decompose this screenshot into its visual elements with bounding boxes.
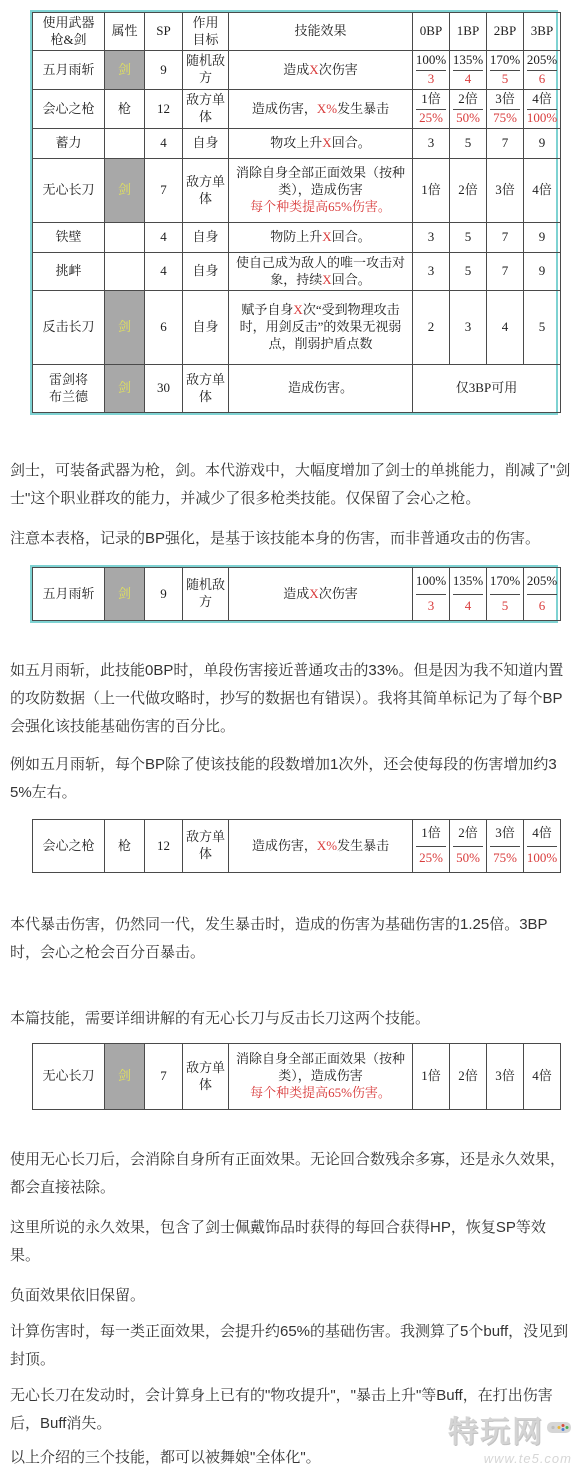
- skill-table-kaishin: 会心之枪 枪 12 敌方单体 造成伤害，X%发生暴击 1倍25% 2倍50% 3…: [32, 819, 561, 873]
- skill-table-samidare-wrapper: 五月雨斩 剑 9 随机敌方 造成X次伤害 100%3 135%4 170%5 2…: [30, 565, 558, 623]
- target-cell: 随机敌方: [183, 51, 229, 90]
- bp-cell: 3: [413, 129, 450, 159]
- skill-table-mushin-wrapper: 无心长刀 剑 7 敌方单体 消除自身全部正面效果（按种类），造成伤害每个种类提高…: [30, 1041, 558, 1112]
- effect-cell: 造成X次伤害: [229, 51, 413, 90]
- bp-cell: 135%4: [450, 568, 487, 621]
- bp-top-value: 135%: [453, 569, 483, 594]
- effect-text: 使自己成为敌人的唯一攻击对象，持续: [236, 255, 405, 287]
- bp-cell: 4倍100%: [524, 90, 561, 129]
- bp-cell: 5: [450, 223, 487, 253]
- skill-name-cell: 会心之枪: [33, 820, 105, 873]
- table-row-samidare: 五月雨斩 剑 9 随机敌方 造成X次伤害 100%3 135%4 170%5 2…: [33, 568, 561, 621]
- sp-cell: 9: [145, 51, 183, 90]
- sp-cell: 4: [145, 253, 183, 291]
- bp-top-value: 4倍: [527, 91, 557, 109]
- bp-cell: 9: [524, 253, 561, 291]
- bp-bottom-value: 50%: [453, 109, 483, 128]
- effect-variable: X: [309, 586, 318, 601]
- watermark-site-name: 特玩网: [448, 1407, 544, 1451]
- bp-cell: 1倍25%: [413, 820, 450, 873]
- bp-cell: 3: [450, 291, 487, 365]
- bp-cell: 2倍: [450, 159, 487, 223]
- skill-name-cell: 无心长刀: [33, 159, 105, 223]
- watermark-url: www.te5.com: [448, 1451, 572, 1466]
- table-header-row: 使用武器 枪&剑 属性 SP 作用 目标 技能效果 0BP 1BP 2BP 3B…: [33, 13, 561, 51]
- target-cell: 敌方单体: [183, 820, 229, 873]
- bp-cell: 1倍25%: [413, 90, 450, 129]
- table-row-chikara: 蓄力 4 自身 物攻上升X回合。 3 5 7 9: [33, 129, 561, 159]
- target-cell: 自身: [183, 223, 229, 253]
- effect-cell: 造成伤害。: [229, 365, 413, 413]
- paragraph-mushin-2: 这里所说的永久效果，包含了剑士佩戴饰品时获得的每回合获得HP，恢复SP等效果。: [10, 1214, 572, 1270]
- skill-name-cell: 挑衅: [33, 253, 105, 291]
- effect-variable: X: [322, 135, 331, 150]
- attr-cell: [105, 223, 145, 253]
- watermark: 特玩网 www.te5.com: [448, 1407, 572, 1466]
- bp-cell: 3倍: [487, 159, 524, 223]
- bp-cell: 2: [413, 291, 450, 365]
- bp-cell: 9: [524, 223, 561, 253]
- header-target: 作用 目标: [183, 13, 229, 51]
- bp-cell: 5: [450, 253, 487, 291]
- effect-cell: 消除自身全部正面效果（按种类），造成伤害每个种类提高65%伤害。: [229, 1044, 413, 1110]
- effect-red-note: 每个种类提高65%伤害。: [232, 199, 409, 216]
- attr-cell: 剑: [105, 1044, 145, 1110]
- bp-bottom-value: 6: [527, 70, 557, 89]
- table-row-samidare: 五月雨斩 剑 9 随机敌方 造成X次伤害 100%3 135%4 170%5 2…: [33, 51, 561, 90]
- bp-cell: 2倍50%: [450, 820, 487, 873]
- paragraph-mushin-4: 计算伤害时，每一类正面效果，会提升约65%的基础伤害。我测算了5个buff，没见…: [10, 1318, 572, 1374]
- target-cell: 敌方单体: [183, 159, 229, 223]
- header-bp3: 3BP: [524, 13, 561, 51]
- header-effect: 技能效果: [229, 13, 413, 51]
- attr-cell: 剑: [105, 365, 145, 413]
- bp-cell: 135%4: [450, 51, 487, 90]
- bp-bottom-value: 100%: [527, 109, 557, 128]
- bp-cell: 2倍50%: [450, 90, 487, 129]
- sp-cell: 12: [145, 90, 183, 129]
- target-cell: 自身: [183, 129, 229, 159]
- effect-red-note: 每个种类提高65%伤害。: [232, 1085, 409, 1102]
- bp-top-value: 205%: [527, 569, 557, 594]
- effect-text: 发生暴击: [337, 838, 389, 853]
- table-row-chouhan: 挑衅 4 自身 使自己成为敌人的唯一攻击对象，持续X回合。 3 5 7 9: [33, 253, 561, 291]
- effect-cell: 物防上升X回合。: [229, 223, 413, 253]
- bp-cell: 3: [413, 253, 450, 291]
- sp-cell: 30: [145, 365, 183, 413]
- table-row-hangeki: 反击长刀 剑 6 自身 赋予自身X次“受到物理攻击时，用剑反击”的效果无视弱点，…: [33, 291, 561, 365]
- effect-variable: X: [309, 62, 318, 77]
- effect-cell: 造成X次伤害: [229, 568, 413, 621]
- attr-cell: 剑: [105, 51, 145, 90]
- bp-bottom-value: 3: [416, 594, 446, 620]
- effect-variable: X: [293, 302, 302, 317]
- bp-cell: 100%3: [413, 568, 450, 621]
- bp-top-value: 2倍: [453, 821, 483, 846]
- skill-name-cell: 五月雨斩: [33, 51, 105, 90]
- effect-text: 物防上升: [270, 229, 322, 244]
- bp-cell: 100%3: [413, 51, 450, 90]
- bp-cell: 3倍75%: [487, 90, 524, 129]
- paragraph-samidare-detail: 如五月雨斩，此技能0BP时，单段伤害接近普通攻击的33%。但是因为我不知道内置的…: [10, 657, 572, 741]
- bp-merged-cell: 仅3BP可用: [413, 365, 561, 413]
- attr-cell: 剑: [105, 159, 145, 223]
- bp-cell: 7: [487, 129, 524, 159]
- effect-cell: 造成伤害，X%发生暴击: [229, 90, 413, 129]
- bp-bottom-value: 25%: [416, 109, 446, 128]
- skill-table-samidare: 五月雨斩 剑 9 随机敌方 造成X次伤害 100%3 135%4 170%5 2…: [32, 567, 561, 621]
- sp-cell: 4: [145, 223, 183, 253]
- header-weapon: 使用武器 枪&剑: [33, 13, 105, 51]
- target-cell: 自身: [183, 291, 229, 365]
- effect-cell: 造成伤害，X%发生暴击: [229, 820, 413, 873]
- bp-top-value: 1倍: [416, 821, 446, 846]
- bp-top-value: 1倍: [416, 91, 446, 109]
- bp-top-value: 100%: [416, 52, 446, 70]
- sp-cell: 9: [145, 568, 183, 621]
- target-cell: 敌方单体: [183, 90, 229, 129]
- target-cell: 敌方单体: [183, 365, 229, 413]
- effect-cell: 使自己成为敌人的唯一攻击对象，持续X回合。: [229, 253, 413, 291]
- effect-text: 物攻上升: [270, 135, 322, 150]
- bp-bottom-value: 4: [453, 70, 483, 89]
- effect-text: 造成伤害，: [252, 101, 317, 116]
- skill-table-main: 使用武器 枪&剑 属性 SP 作用 目标 技能效果 0BP 1BP 2BP 3B…: [32, 12, 561, 413]
- effect-text: 赋予自身: [241, 302, 293, 317]
- header-attr: 属性: [105, 13, 145, 51]
- table-row-teppeki: 铁壁 4 自身 物防上升X回合。 3 5 7 9: [33, 223, 561, 253]
- bp-cell: 9: [524, 129, 561, 159]
- skill-table-main-wrapper: 使用武器 枪&剑 属性 SP 作用 目标 技能效果 0BP 1BP 2BP 3B…: [30, 10, 558, 415]
- article-page: 使用武器 枪&剑 属性 SP 作用 目标 技能效果 0BP 1BP 2BP 3B…: [0, 0, 580, 1472]
- skill-name-cell: 反击长刀: [33, 291, 105, 365]
- table-row-mushin: 无心长刀 剑 7 敌方单体 消除自身全部正面效果（按种类），造成伤害每个种类提高…: [33, 1044, 561, 1110]
- effect-text: 回合。: [332, 272, 371, 287]
- attr-cell: 剑: [105, 568, 145, 621]
- paragraph-focus: 本篇技能，需要详细讲解的有无心长刀与反击长刀这两个技能。: [10, 1005, 572, 1033]
- paragraph-note: 注意本表格，记录的BP强化，是基于该技能本身的伤害，而非普通攻击的伤害。: [10, 525, 572, 553]
- skill-table-kaishin-wrapper: 会心之枪 枪 12 敌方单体 造成伤害，X%发生暴击 1倍25% 2倍50% 3…: [30, 817, 558, 875]
- bp-top-value: 170%: [490, 52, 520, 70]
- effect-text: 造成伤害。: [288, 380, 353, 395]
- bp-bottom-value: 25%: [416, 846, 446, 872]
- paragraph-crit: 本代暴击伤害，仍然同一代，发生暴击时，造成的伤害为基础伤害的1.25倍。3BP时…: [10, 911, 572, 967]
- bp-bottom-value: 5: [490, 70, 520, 89]
- effect-text: 造成: [283, 586, 309, 601]
- attr-cell: 枪: [105, 820, 145, 873]
- table-row-brand: 雷剑将 布兰德 剑 30 敌方单体 造成伤害。 仅3BP可用: [33, 365, 561, 413]
- bp-bottom-value: 3: [416, 70, 446, 89]
- bp-top-value: 135%: [453, 52, 483, 70]
- sp-cell: 7: [145, 159, 183, 223]
- bp-top-value: 4倍: [527, 821, 557, 846]
- effect-variable: X: [322, 229, 331, 244]
- table-row-kaishin: 会心之枪 枪 12 敌方单体 造成伤害，X%发生暴击 1倍25% 2倍50% 3…: [33, 90, 561, 129]
- effect-cell: 消除自身全部正面效果（按种类），造成伤害每个种类提高65%伤害。: [229, 159, 413, 223]
- skill-name-cell: 蓄力: [33, 129, 105, 159]
- effect-variable: X: [322, 272, 331, 287]
- paragraph-intro: 剑士，可装备武器为枪，剑。本代游戏中，大幅度增加了剑士的单挑能力，削减了"剑士"…: [10, 457, 572, 513]
- bp-cell: 205%6: [524, 51, 561, 90]
- table-row-kaishin: 会心之枪 枪 12 敌方单体 造成伤害，X%发生暴击 1倍25% 2倍50% 3…: [33, 820, 561, 873]
- bp-cell: 1倍: [413, 159, 450, 223]
- effect-text: 造成伤害，: [252, 838, 317, 853]
- bp-top-value: 100%: [416, 569, 446, 594]
- paragraph-samidare-example: 例如五月雨斩，每个BP除了使该技能的段数增加1次外，还会使每段的伤害增加约35%…: [10, 751, 572, 807]
- effect-variable: X%: [317, 101, 337, 116]
- header-bp1: 1BP: [450, 13, 487, 51]
- bp-bottom-value: 75%: [490, 846, 520, 872]
- bp-top-value: 205%: [527, 52, 557, 70]
- paragraph-mushin-3: 负面效果依旧保留。: [10, 1282, 572, 1310]
- bp-bottom-value: 100%: [527, 846, 557, 872]
- effect-text: 次伤害: [319, 586, 358, 601]
- bp-top-value: 3倍: [490, 91, 520, 109]
- skill-table-mushin: 无心长刀 剑 7 敌方单体 消除自身全部正面效果（按种类），造成伤害每个种类提高…: [32, 1043, 561, 1110]
- effect-text: 消除自身全部正面效果（按种类），造成伤害: [232, 1051, 409, 1085]
- bp-cell: 3倍: [487, 1044, 524, 1110]
- target-cell: 敌方单体: [183, 1044, 229, 1110]
- game-controller-icon: [546, 1418, 572, 1441]
- bp-bottom-value: 50%: [453, 846, 483, 872]
- bp-cell: 4: [487, 291, 524, 365]
- bp-bottom-value: 75%: [490, 109, 520, 128]
- effect-text: 回合。: [332, 135, 371, 150]
- attr-cell: 剑: [105, 291, 145, 365]
- bp-cell: 2倍: [450, 1044, 487, 1110]
- bp-cell: 5: [450, 129, 487, 159]
- bp-cell: 1倍: [413, 1044, 450, 1110]
- attr-cell: [105, 129, 145, 159]
- effect-text: 发生暴击: [337, 101, 389, 116]
- sp-cell: 6: [145, 291, 183, 365]
- attr-cell: [105, 253, 145, 291]
- bp-top-value: 170%: [490, 569, 520, 594]
- bp-cell: 4倍: [524, 1044, 561, 1110]
- effect-text: 回合。: [332, 229, 371, 244]
- bp-cell: 3: [413, 223, 450, 253]
- target-cell: 自身: [183, 253, 229, 291]
- effect-cell: 物攻上升X回合。: [229, 129, 413, 159]
- table-row-mushin: 无心长刀 剑 7 敌方单体 消除自身全部正面效果（按种类），造成伤害每个种类提高…: [33, 159, 561, 223]
- header-sp: SP: [145, 13, 183, 51]
- effect-text: 造成: [283, 62, 309, 77]
- skill-name-cell: 会心之枪: [33, 90, 105, 129]
- bp-cell: 7: [487, 253, 524, 291]
- bp-cell: 3倍75%: [487, 820, 524, 873]
- sp-cell: 7: [145, 1044, 183, 1110]
- target-cell: 随机敌方: [183, 568, 229, 621]
- header-bp0: 0BP: [413, 13, 450, 51]
- effect-text: 次伤害: [319, 62, 358, 77]
- sp-cell: 12: [145, 820, 183, 873]
- paragraph-mushin-1: 使用无心长刀后，会消除自身所有正面效果。无论回合数残余多寡，还是永久效果，都会直…: [10, 1146, 572, 1202]
- bp-top-value: 2倍: [453, 91, 483, 109]
- bp-cell: 4倍100%: [524, 820, 561, 873]
- bp-bottom-value: 4: [453, 594, 483, 620]
- bp-cell: 7: [487, 223, 524, 253]
- bp-cell: 205%6: [524, 568, 561, 621]
- bp-top-value: 3倍: [490, 821, 520, 846]
- bp-bottom-value: 5: [490, 594, 520, 620]
- skill-name-cell: 五月雨斩: [33, 568, 105, 621]
- bp-cell: 170%5: [487, 51, 524, 90]
- skill-name-cell: 无心长刀: [33, 1044, 105, 1110]
- skill-name-cell: 铁壁: [33, 223, 105, 253]
- attr-cell: 枪: [105, 90, 145, 129]
- effect-text: 消除自身全部正面效果（按种类），造成伤害: [232, 165, 409, 199]
- bp-cell: 4倍: [524, 159, 561, 223]
- skill-name-cell: 雷剑将 布兰德: [33, 365, 105, 413]
- effect-cell: 赋予自身X次“受到物理攻击时，用剑反击”的效果无视弱点，削弱护盾点数: [229, 291, 413, 365]
- sp-cell: 4: [145, 129, 183, 159]
- bp-cell: 5: [524, 291, 561, 365]
- bp-bottom-value: 6: [527, 594, 557, 620]
- header-bp2: 2BP: [487, 13, 524, 51]
- bp-cell: 170%5: [487, 568, 524, 621]
- effect-variable: X%: [317, 838, 337, 853]
